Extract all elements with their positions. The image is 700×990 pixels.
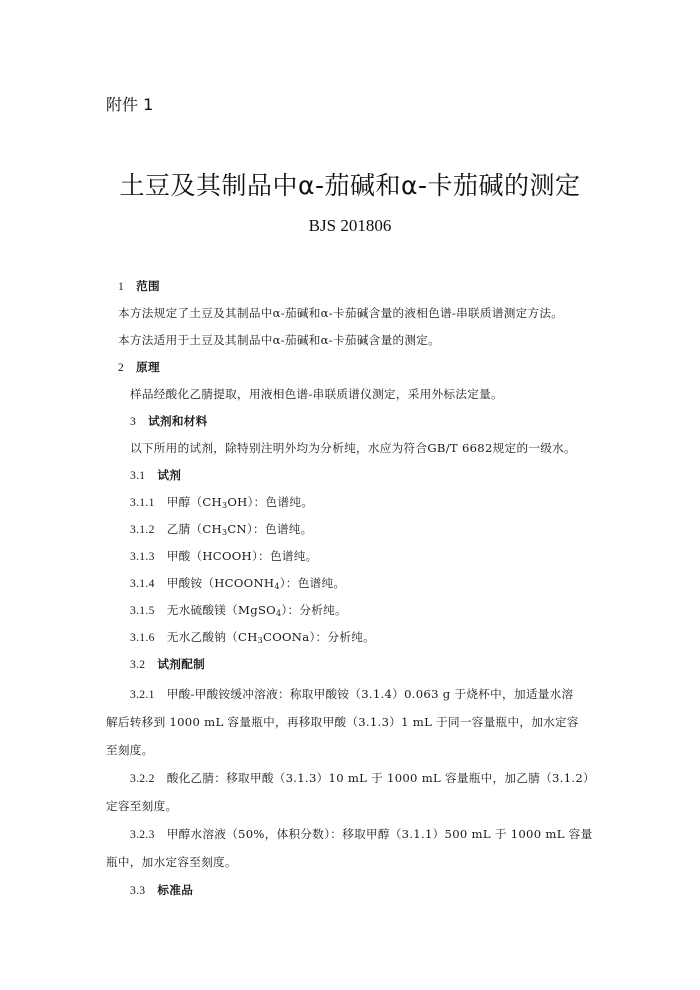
reagent-item: 3.1.6无水乙酸钠（CH3COONa）：分析纯。: [130, 629, 375, 645]
prep-3-2-3-line-2: 瓶中，加水定容至刻度。: [106, 854, 237, 870]
annex-label: 附件 1: [106, 92, 153, 115]
prep-3-2-2-line-1: 3.2.2酸化乙腈：移取甲酸（3.1.3）10 mL 于 1000 mL 容量瓶…: [130, 770, 595, 786]
prep-3-2-3-line-1: 3.2.3甲醇水溶液（50%，体积分数）：移取甲醇（3.1.1）500 mL 于…: [130, 826, 592, 842]
section-heading-2: 2原理: [118, 359, 160, 375]
section-number: 3.3: [130, 884, 145, 897]
section-title: 试剂: [157, 468, 181, 482]
section-title: 标准品: [157, 883, 193, 897]
prep-3-2-1-line-1: 3.2.1甲酸-甲酸铵缓冲溶液：称取甲酸铵（3.1.4）0.063 g 于烧杯中…: [130, 686, 573, 702]
section-number: 2: [118, 361, 124, 374]
reagent-item: 3.1.2乙腈（CH3CN）：色谱纯。: [130, 521, 313, 537]
section-title: 原理: [136, 360, 160, 374]
reagent-item: 3.1.4甲酸铵（HCOONH4）：色谱纯。: [130, 575, 345, 591]
section-number: 1: [118, 280, 124, 293]
prep-3-2-1-line-3: 至刻度。: [106, 742, 154, 758]
section-heading-3-3: 3.3标准品: [130, 882, 193, 898]
reagent-item: 3.1.3甲酸（HCOOH）：色谱纯。: [130, 548, 318, 564]
section-title: 试剂配制: [157, 657, 205, 671]
section-heading-1: 1范围: [118, 278, 160, 294]
paragraph-principle: 样品经酸化乙腈提取，用液相色谱-串联质谱仪测定，采用外标法定量。: [130, 386, 503, 402]
section-number: 3.2: [130, 658, 145, 671]
document-title: 土豆及其制品中α-茄碱和α-卡茄碱的测定: [0, 166, 700, 202]
section-number: 3.1: [130, 469, 145, 482]
section-title: 试剂和材料: [148, 414, 207, 428]
prep-3-2-1-line-2: 解后转移到 1000 mL 容量瓶中，再移取甲酸（3.1.3）1 mL 于同一容…: [106, 714, 579, 730]
paragraph-reagents-intro: 以下所用的试剂，除特别注明外均为分析纯，水应为符合GB/T 6682规定的一级水…: [130, 440, 576, 456]
section-heading-3-1: 3.1试剂: [130, 467, 181, 483]
reagent-item: 3.1.1甲醇（CH3OH）：色谱纯。: [130, 494, 313, 510]
prep-3-2-2-line-2: 定容至刻度。: [106, 798, 177, 814]
section-heading-3-2: 3.2试剂配制: [130, 656, 205, 672]
section-number: 3: [130, 415, 136, 428]
section-title: 范围: [136, 279, 160, 293]
standard-code: BJS 201806: [0, 216, 700, 236]
reagent-item: 3.1.5无水硫酸镁（MgSO4）：分析纯。: [130, 602, 347, 618]
paragraph-scope-2: 本方法适用于土豆及其制品中α-茄碱和α-卡茄碱含量的测定。: [118, 332, 440, 348]
document-page: 附件 1 土豆及其制品中α-茄碱和α-卡茄碱的测定 BJS 201806 1范围…: [0, 0, 700, 990]
section-heading-3: 3试剂和材料: [130, 413, 208, 429]
paragraph-scope-1: 本方法规定了土豆及其制品中α-茄碱和α-卡茄碱含量的液相色谱-串联质谱测定方法。: [118, 305, 563, 321]
